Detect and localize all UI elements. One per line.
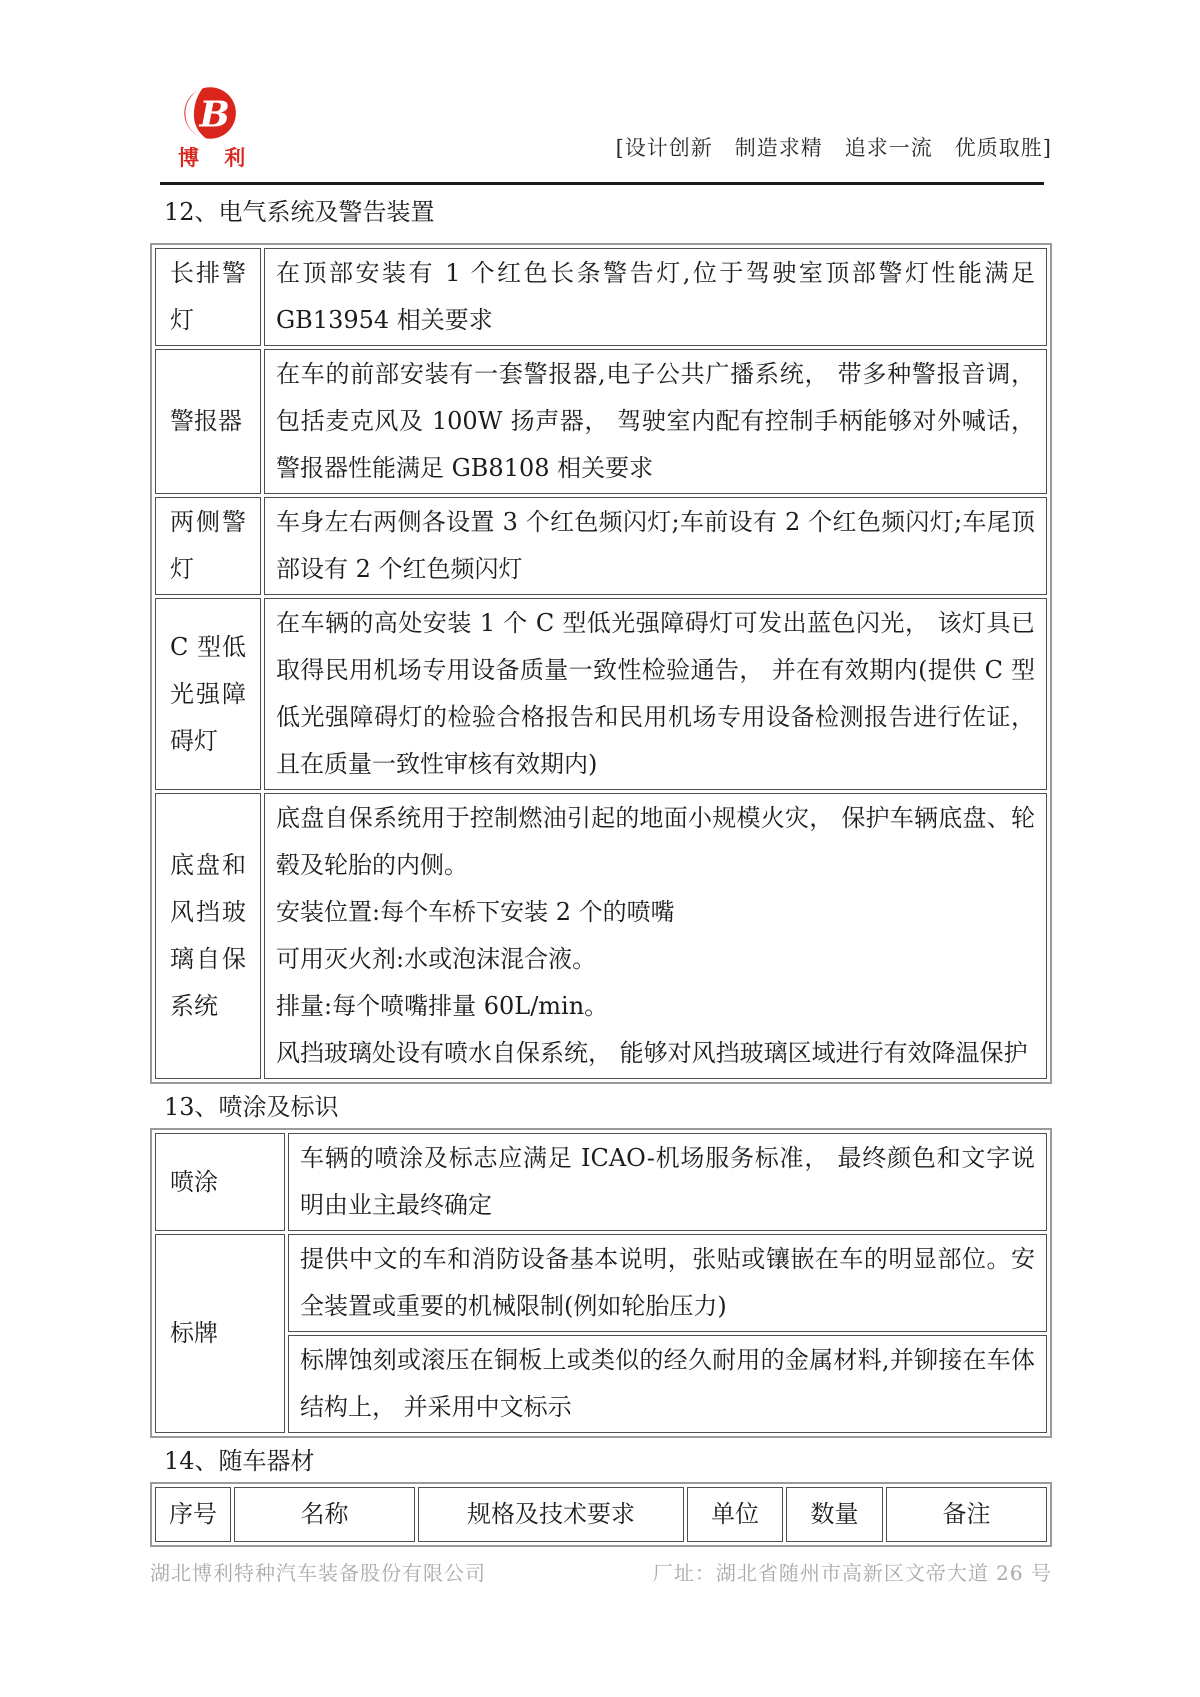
- row-content: 在车的前部安装有一套警报器,电子公共广播系统， 带多种警报音调， 包括麦克风及 …: [264, 349, 1047, 494]
- footer-company-name: 湖北博利特种汽车装备股份有限公司: [150, 1557, 486, 1586]
- page-footer: 湖北博利特种汽车装备股份有限公司 厂址：湖北省随州市高新区文帝大道 26 号: [150, 1557, 1052, 1586]
- electrical-warning-table: 长排警灯 在顶部安装有 1 个红色长条警告灯,位于驾驶室顶部警灯性能满足 GB1…: [150, 243, 1052, 1084]
- onboard-equipment-table: 序号 名称 规格及技术要求 单位 数量 备注: [150, 1482, 1052, 1547]
- content-paragraph: 排量:每个喷嘴排量 60L/min。: [276, 983, 1035, 1030]
- row-label: 标牌: [155, 1234, 285, 1433]
- logo-letter: B: [198, 93, 229, 135]
- footer-factory-address: 厂址：湖北省随州市高新区文帝大道 26 号: [653, 1557, 1052, 1586]
- row-label: 底盘和风挡玻璃自保系统: [155, 793, 261, 1079]
- content-paragraph: 车身左右两侧各设置 3 个红色频闪灯;车前设有 2 个红色频闪灯;车尾顶部设有 …: [276, 499, 1035, 593]
- row-content: 在车辆的高处安装 1 个 C 型低光强障碍灯可发出蓝色闪光， 该灯具已取得民用机…: [264, 598, 1047, 790]
- table-row-chassis-protection: 底盘和风挡玻璃自保系统 底盘自保系统用于控制燃油引起的地面小规模火灾， 保护车辆…: [155, 793, 1047, 1079]
- row-label: C 型低光强障碍灯: [155, 598, 261, 790]
- column-header-serial: 序号: [155, 1487, 231, 1542]
- company-slogan: [设计创新 制造求精 追求一流 优质取胜]: [616, 132, 1052, 172]
- section-heading-12: 12、电气系统及警告装置: [164, 198, 1052, 226]
- table-row-long-warning-light: 长排警灯 在顶部安装有 1 个红色长条警告灯,位于驾驶室顶部警灯性能满足 GB1…: [155, 248, 1047, 346]
- document-page: B 博 利 [设计创新 制造求精 追求一流 优质取胜] 12、电气系统及警告装置…: [0, 0, 1200, 1697]
- painting-marking-table: 喷涂 车辆的喷涂及标志应满足 ICAO-机场服务标准， 最终颜色和文字说明由业主…: [150, 1128, 1052, 1438]
- content-paragraph: 在顶部安装有 1 个红色长条警告灯,位于驾驶室顶部警灯性能满足 GB13954 …: [276, 250, 1035, 344]
- equipment-header-row: 序号 名称 规格及技术要求 单位 数量 备注: [155, 1487, 1047, 1542]
- column-header-quantity: 数量: [786, 1487, 883, 1542]
- content-paragraph: 可用灭火剂:水或泡沫混合液。: [276, 936, 1035, 983]
- table-row-painting: 喷涂 车辆的喷涂及标志应满足 ICAO-机场服务标准， 最终颜色和文字说明由业主…: [155, 1133, 1047, 1231]
- content-paragraph: 风挡玻璃处设有喷水自保系统， 能够对风挡玻璃区域进行有效降温保护: [276, 1030, 1035, 1077]
- row-label: 长排警灯: [155, 248, 261, 346]
- row-content: 底盘自保系统用于控制燃油引起的地面小规模火灾， 保护车辆底盘、轮毂及轮胎的内侧。…: [264, 793, 1047, 1079]
- header-divider: [160, 182, 1044, 185]
- column-header-spec: 规格及技术要求: [418, 1487, 684, 1542]
- column-header-unit: 单位: [687, 1487, 783, 1542]
- content-paragraph: 在车的前部安装有一套警报器,电子公共广播系统， 带多种警报音调， 包括麦克风及 …: [276, 351, 1035, 492]
- content-paragraph: 提供中文的车和消防设备基本说明，张贴或镶嵌在车的明显部位。安全装置或重要的机械限…: [300, 1236, 1035, 1330]
- row-content: 标牌蚀刻或滚压在铜板上或类似的经久耐用的金属材料,并铆接在车体结构上， 并采用中…: [288, 1335, 1047, 1433]
- content-paragraph: 在车辆的高处安装 1 个 C 型低光强障碍灯可发出蓝色闪光， 该灯具已取得民用机…: [276, 600, 1035, 788]
- row-content: 车身左右两侧各设置 3 个红色频闪灯;车前设有 2 个红色频闪灯;车尾顶部设有 …: [264, 497, 1047, 595]
- content-paragraph: 标牌蚀刻或滚压在铜板上或类似的经久耐用的金属材料,并铆接在车体结构上， 并采用中…: [300, 1337, 1035, 1431]
- logo-icon: B: [180, 85, 238, 141]
- table-row-alarm: 警报器 在车的前部安装有一套警报器,电子公共广播系统， 带多种警报音调， 包括麦…: [155, 349, 1047, 494]
- logo-company-name: 博 利: [178, 142, 298, 172]
- table-row-side-warning-lights: 两侧警灯 车身左右两侧各设置 3 个红色频闪灯;车前设有 2 个红色频闪灯;车尾…: [155, 497, 1047, 595]
- column-header-remarks: 备注: [886, 1487, 1047, 1542]
- content-paragraph: 底盘自保系统用于控制燃油引起的地面小规模火灾， 保护车辆底盘、轮毂及轮胎的内侧。: [276, 795, 1035, 889]
- section-heading-13: 13、喷涂及标识: [164, 1093, 1052, 1121]
- row-label: 警报器: [155, 349, 261, 494]
- content-paragraph: 安装位置:每个车桥下安装 2 个的喷嘴: [276, 889, 1035, 936]
- content-paragraph: 车辆的喷涂及标志应满足 ICAO-机场服务标准， 最终颜色和文字说明由业主最终确…: [300, 1135, 1035, 1229]
- row-label: 喷涂: [155, 1133, 285, 1231]
- table-row-obstacle-light: C 型低光强障碍灯 在车辆的高处安装 1 个 C 型低光强障碍灯可发出蓝色闪光，…: [155, 598, 1047, 790]
- row-label: 两侧警灯: [155, 497, 261, 595]
- row-content: 车辆的喷涂及标志应满足 ICAO-机场服务标准， 最终颜色和文字说明由业主最终确…: [288, 1133, 1047, 1231]
- section-heading-14: 14、随车器材: [164, 1447, 1052, 1475]
- row-content: 提供中文的车和消防设备基本说明，张贴或镶嵌在车的明显部位。安全装置或重要的机械限…: [288, 1234, 1047, 1332]
- table-row-nameplate: 标牌 提供中文的车和消防设备基本说明，张贴或镶嵌在车的明显部位。安全装置或重要的…: [155, 1234, 1047, 1332]
- page-header: B 博 利 [设计创新 制造求精 追求一流 优质取胜]: [150, 0, 1052, 172]
- row-content: 在顶部安装有 1 个红色长条警告灯,位于驾驶室顶部警灯性能满足 GB13954 …: [264, 248, 1047, 346]
- column-header-name: 名称: [234, 1487, 415, 1542]
- table-row-nameplate-material: 标牌蚀刻或滚压在铜板上或类似的经久耐用的金属材料,并铆接在车体结构上， 并采用中…: [155, 1335, 1047, 1433]
- company-logo: B 博 利: [178, 85, 298, 172]
